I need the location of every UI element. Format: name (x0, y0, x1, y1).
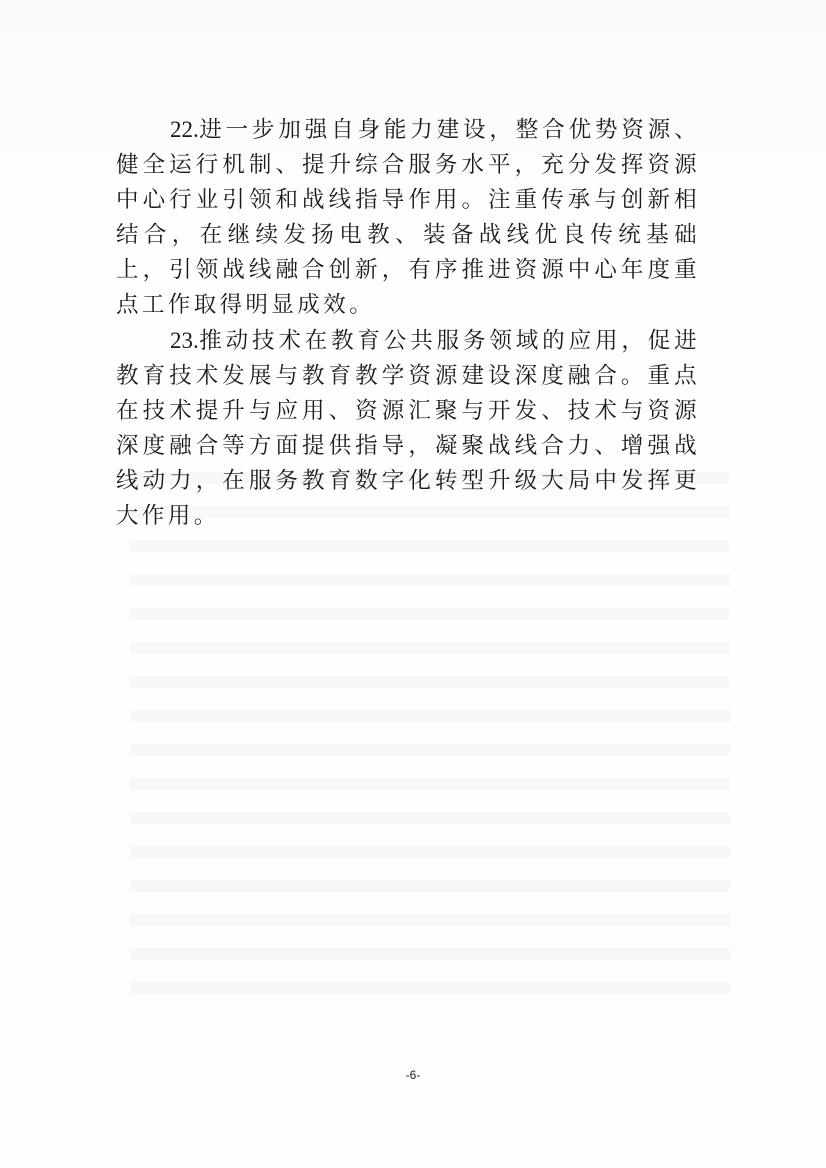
paragraph-23: 23.推动技术在教育公共服务领域的应用，促进教育技术发展与教育教学资源建设深度融… (116, 323, 700, 534)
paragraph-number: 22. (170, 117, 199, 142)
page-number: -6- (0, 1068, 826, 1082)
paragraph-text: 进一步加强自身能力建设，整合优势资源、健全运行机制、提升综合服务水平，充分发挥资… (116, 117, 700, 318)
document-body: 22.进一步加强自身能力建设，整合优势资源、健全运行机制、提升综合服务水平，充分… (116, 112, 700, 534)
reverse-side-bleed-through (130, 450, 730, 1010)
paragraph-text: 推动技术在教育公共服务领域的应用，促进教育技术发展与教育教学资源建设深度融合。重… (116, 328, 700, 529)
document-page: 22.进一步加强自身能力建设，整合优势资源、健全运行机制、提升综合服务水平，充分… (0, 0, 826, 1168)
paragraph-22: 22.进一步加强自身能力建设，整合优势资源、健全运行机制、提升综合服务水平，充分… (116, 112, 700, 323)
paragraph-number: 23. (170, 328, 199, 353)
